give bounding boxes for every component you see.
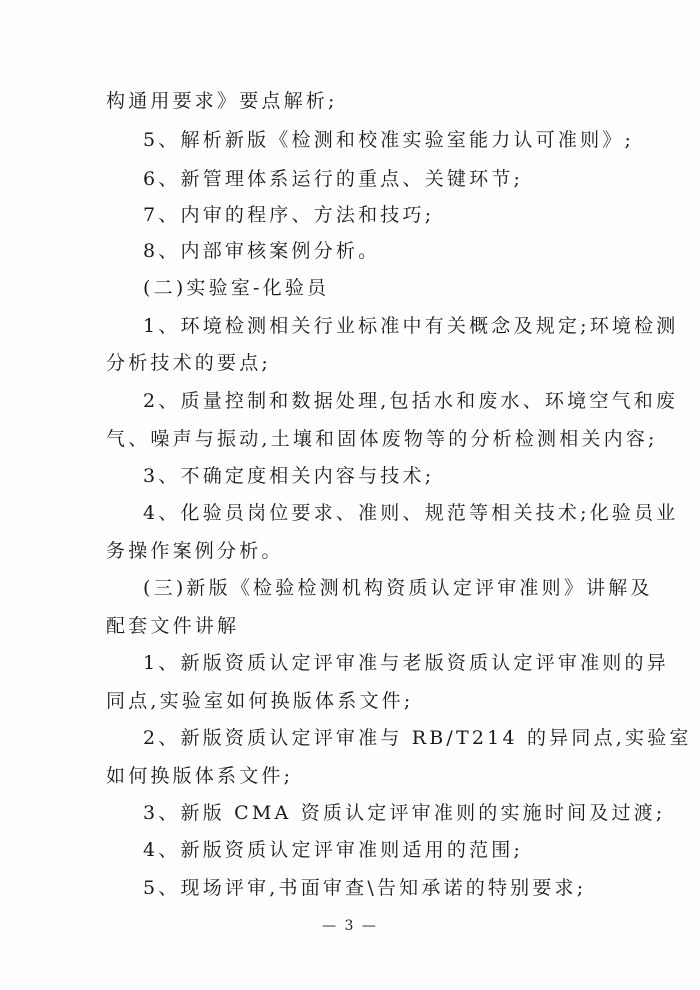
text-line: 8、内部审核案例分析。 — [143, 236, 592, 266]
text-line: 5、现场评审,书面审查\告知承诺的特别要求; — [143, 873, 592, 903]
section-heading-cont: 配套文件讲解 — [106, 611, 592, 641]
text-line: 务操作案例分析。 — [106, 536, 592, 566]
text-line: 同点,实验室如何换版体系文件; — [106, 686, 592, 716]
page-number: — 3 — — [0, 918, 700, 934]
text-line: 1、环境检测相关行业标准中有关概念及规定;环境检测 — [143, 311, 592, 341]
text-line: 6、新管理体系运行的重点、关键环节; — [143, 164, 592, 194]
text-line: 气、噪声与振动,土壤和固体废物等的分析检测相关内容; — [106, 424, 592, 454]
text-line: 7、内审的程序、方法和技巧; — [143, 200, 592, 230]
section-heading: (三)新版《检验检测机构资质认定评审准则》讲解及 — [143, 573, 592, 603]
text-line: 4、化验员岗位要求、准则、规范等相关技术;化验员业 — [143, 498, 592, 528]
text-line: 3、新版 CMA 资质认定评审准则的实施时间及过渡; — [143, 798, 592, 828]
text-line: 1、新版资质认定评审准与老版资质认定评审准则的异 — [143, 648, 592, 678]
text-line: 4、新版资质认定评审准则适用的范围; — [143, 835, 592, 865]
text-line: 3、不确定度相关内容与技术; — [143, 461, 592, 491]
text-line: 如何换版体系文件; — [106, 761, 592, 791]
text-line: 2、新版资质认定评审准与 RB/T214 的异同点,实验室 — [143, 723, 592, 753]
text-line: 2、质量控制和数据处理,包括水和废水、环境空气和废 — [143, 386, 592, 416]
document-page: 构通用要求》要点解析; 5、解析新版《检测和校准实验室能力认可准则》; 6、新管… — [0, 0, 700, 990]
text-line: 分析技术的要点; — [106, 348, 592, 378]
section-heading: (二)实验室-化验员 — [143, 273, 592, 303]
text-line: 构通用要求》要点解析; — [106, 86, 592, 116]
text-line: 5、解析新版《检测和校准实验室能力认可准则》; — [143, 125, 592, 155]
